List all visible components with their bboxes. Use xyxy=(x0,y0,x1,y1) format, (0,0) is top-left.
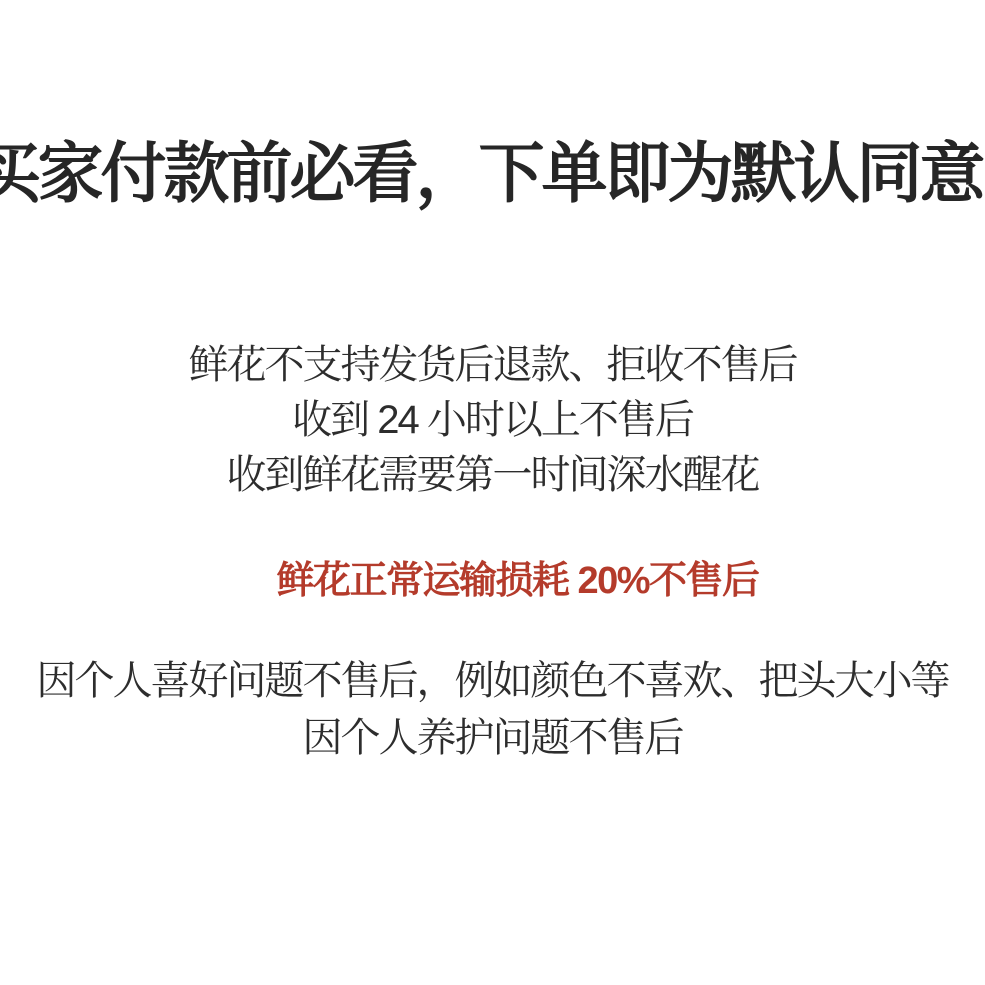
policy-line-refund: 鲜花不支持发货后退款、拒收不售后 xyxy=(0,338,985,393)
buyer-notice-image: 买家付款前必看，下单即为默认同意 鲜花不支持发货后退款、拒收不售后 收到 24 … xyxy=(0,0,985,985)
headline: 买家付款前必看，下单即为默认同意 xyxy=(0,136,983,210)
policy-line-24h: 收到 24 小时以上不售后 xyxy=(0,393,985,448)
policy-line-revive: 收到鲜花需要第一时间深水醒花 xyxy=(0,448,985,503)
preference-line-care: 因个人养护问题不售后 xyxy=(0,710,985,767)
highlight-line-transport-loss: 鲜花正常运输损耗 20%不售后 xyxy=(25,556,985,606)
policy-block: 鲜花不支持发货后退款、拒收不售后 收到 24 小时以上不售后 收到鲜花需要第一时… xyxy=(0,338,985,503)
preference-line-taste: 因个人喜好问题不售后，例如颜色不喜欢、把头大小等 xyxy=(0,653,985,710)
preference-block: 因个人喜好问题不售后，例如颜色不喜欢、把头大小等 因个人养护问题不售后 xyxy=(0,653,985,767)
